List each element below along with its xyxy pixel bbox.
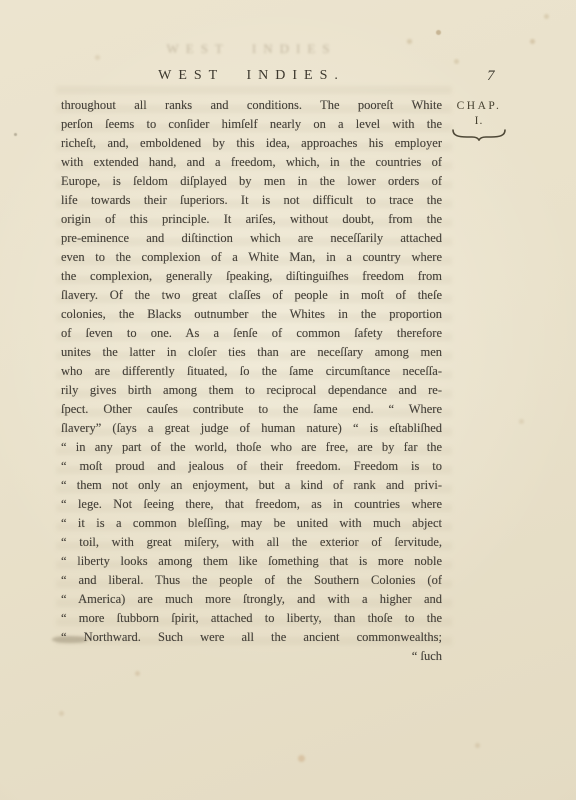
- bleedthrough-header: WEST INDIES: [61, 41, 442, 57]
- body-line: who are differently ſituated, ſo the ſam…: [61, 362, 442, 381]
- body-line: richeſt, and, emboldened by this idea, a…: [61, 134, 442, 153]
- chapter-numeral: I.: [449, 115, 509, 127]
- paper-specks: [0, 0, 3, 3]
- body-line: rily gives birth among them to reciproca…: [61, 381, 442, 400]
- body-line: “ it is a common bleſſing, may be united…: [61, 514, 442, 533]
- body-line: life towards their ſuperiors. It is not …: [61, 191, 442, 210]
- body-line: “ Northward. Such were all the ancient c…: [61, 628, 442, 647]
- running-header: WEST INDIES.: [61, 68, 442, 84]
- body-line: “ liberty looks among them like ſomethin…: [61, 552, 442, 571]
- page-number: 7: [487, 68, 495, 85]
- body-line: origin of this principle. It ariſes, wit…: [61, 210, 442, 229]
- body-line: pre-eminence and diſtinction which are n…: [61, 229, 442, 248]
- body-line: colonies, the Blacks outnumber the White…: [61, 305, 442, 324]
- body-line: the complexion, generally ſpeaking, diſt…: [61, 267, 442, 286]
- body-line: “ and liberal. Thus the people of the So…: [61, 571, 442, 590]
- body-line: “ toil, with great miſery, with all the …: [61, 533, 442, 552]
- book-page-scan: WEST INDIES WEST INDIES. 7 CHAP. I. thro…: [0, 0, 576, 800]
- body-line: “ moſt proud and jealous of their freedo…: [61, 457, 442, 476]
- body-line: Europe, is ſeldom diſplayed by men in th…: [61, 172, 442, 191]
- body-text: throughout all ranks and conditions. The…: [61, 96, 442, 666]
- body-line: ſpect. Other cauſes contribute to the ſa…: [61, 400, 442, 419]
- catchword: “ ſuch: [61, 647, 442, 666]
- body-line: ſlavery” (ſays a great judge of human na…: [61, 419, 442, 438]
- body-line: “ lege. Not ſeeing there, that freedom, …: [61, 495, 442, 514]
- body-lines: throughout all ranks and conditions. The…: [61, 96, 442, 647]
- chapter-brace-icon: [451, 128, 507, 141]
- body-line: “ America) are much more ſtrongly, and w…: [61, 590, 442, 609]
- body-line: of ſeven to one. As a ſenſe of common ſa…: [61, 324, 442, 343]
- chapter-margin-note: CHAP. I.: [449, 100, 509, 141]
- body-line: “ them not only an enjoyment, but a kind…: [61, 476, 442, 495]
- body-line: “ in any part of the world, thoſe who ar…: [61, 438, 442, 457]
- body-line: perſon ſeems to conſider himſelf nearly …: [61, 115, 442, 134]
- chapter-label: CHAP.: [449, 100, 509, 112]
- body-line: “ more ſtubborn ſpirit, attached to libe…: [61, 609, 442, 628]
- body-line: unites the latter in cloſer ties than ar…: [61, 343, 442, 362]
- body-line: throughout all ranks and conditions. The…: [61, 96, 442, 115]
- body-line: with extended hand, and a freedom, which…: [61, 153, 442, 172]
- body-line: even to the complexion of a White Man, i…: [61, 248, 442, 267]
- body-line: ſlavery. Of the two great claſſes of peo…: [61, 286, 442, 305]
